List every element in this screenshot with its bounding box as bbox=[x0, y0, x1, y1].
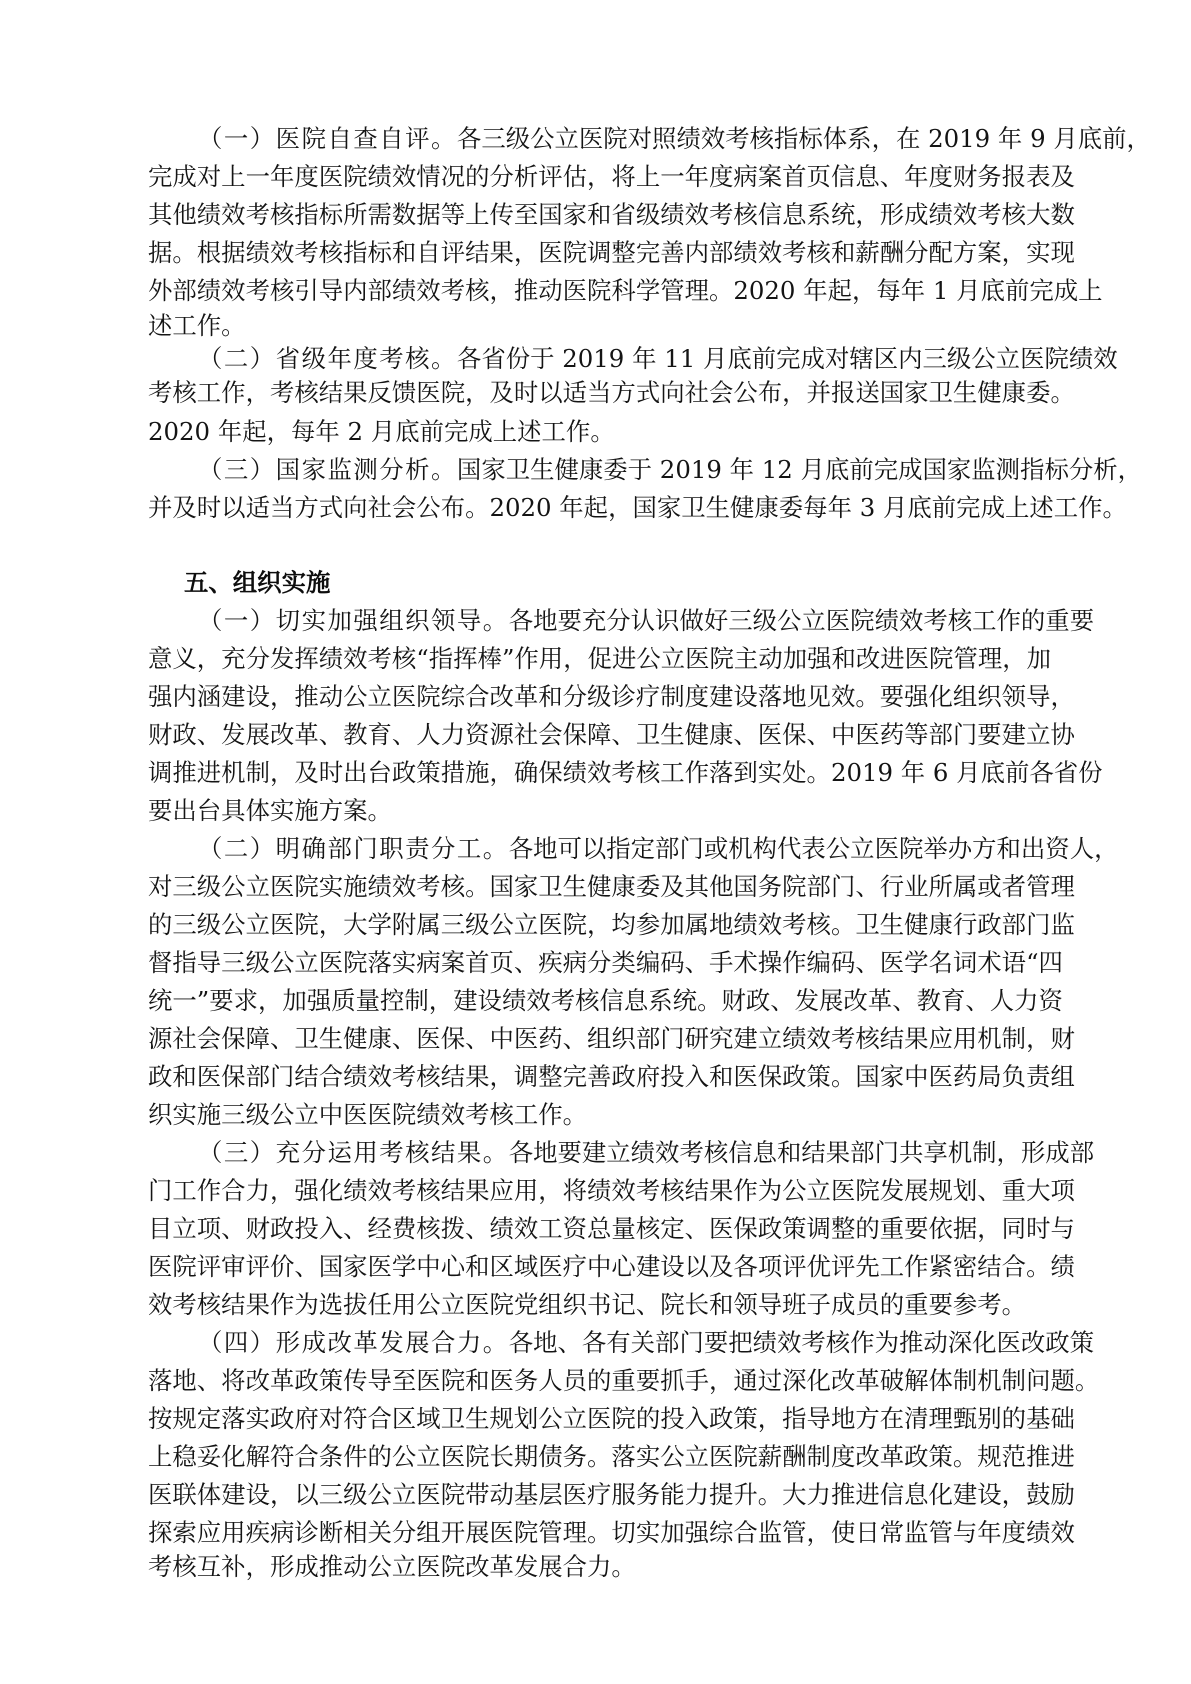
paragraph-lead: （四）形成改革发展合力。 bbox=[198, 1328, 509, 1357]
paragraph-line: 上稳妥化解符合条件的公立医院长期债务。落实公立医院薪酬制度改革政策。规范推进 bbox=[148, 1438, 1050, 1476]
paragraph-text: 各地、各有关部门要把绩效考核作为推动深化医改政策 bbox=[509, 1328, 1094, 1357]
paragraph-line: 2020 年起，每年 2 月底前完成上述工作。 bbox=[148, 413, 1050, 451]
paragraph-line: （一）切实加强组织领导。各地要充分认识做好三级公立医院绩效考核工作的重要 bbox=[198, 602, 1050, 640]
paragraph-line: 效考核结果作为选拔任用公立医院党组织书记、院长和领导班子成员的重要参考。 bbox=[148, 1286, 1050, 1324]
paragraph-line: 强内涵建设，推动公立医院综合改革和分级诊疗制度建设落地见效。要强化组织领导， bbox=[148, 678, 1050, 716]
paragraph-line: 的三级公立医院，大学附属三级公立医院，均参加属地绩效考核。卫生健康行政部门监 bbox=[148, 906, 1050, 944]
paragraph-line: 外部绩效考核引导内部绩效考核，推动医院科学管理。2020 年起，每年 1 月底前… bbox=[148, 272, 1050, 310]
paragraph-line: 医联体建设，以三级公立医院带动基层医疗服务能力提升。大力推进信息化建设，鼓励 bbox=[148, 1476, 1050, 1514]
paragraph-lead: （一）医院自查自评。 bbox=[198, 124, 457, 153]
paragraph-line: 意义，充分发挥绩效考核“指挥棒”作用，促进公立医院主动加强和改进医院管理，加 bbox=[148, 640, 1050, 678]
paragraph-line: （四）形成改革发展合力。各地、各有关部门要把绩效考核作为推动深化医改政策 bbox=[198, 1324, 1050, 1362]
paragraph-line: 织实施三级公立中医医院绩效考核工作。 bbox=[148, 1096, 1050, 1134]
paragraph-line: 财政、发展改革、教育、人力资源社会保障、卫生健康、医保、中医药等部门要建立协 bbox=[148, 716, 1050, 754]
paragraph-line: 探索应用疾病诊断相关分组开展医院管理。切实加强综合监管，使日常监管与年度绩效 bbox=[148, 1514, 1050, 1552]
section-heading: 五、组织实施 bbox=[184, 564, 330, 602]
paragraph-line: 调推进机制，及时出台政策措施，确保绩效考核工作落到实处。2019 年 6 月底前… bbox=[148, 754, 1050, 792]
paragraph-text: 国家卫生健康委于 2019 年 12 月底前完成国家监测指标分析， bbox=[457, 455, 1142, 484]
paragraph-line: 政和医保部门结合绩效考核结果，调整完善政府投入和医保政策。国家中医药局负责组 bbox=[148, 1058, 1050, 1096]
paragraph-text: 各地要建立绩效考核信息和结果部门共享机制，形成部 bbox=[509, 1138, 1094, 1167]
paragraph-line: （二）明确部门职责分工。各地可以指定部门或机构代表公立医院举办方和出资人， bbox=[198, 830, 1050, 868]
paragraph-lead: （三）国家监测分析。 bbox=[198, 455, 457, 484]
paragraph-line: （三）充分运用考核结果。各地要建立绩效考核信息和结果部门共享机制，形成部 bbox=[198, 1134, 1050, 1172]
paragraph-line: 并及时以适当方式向社会公布。2020 年起，国家卫生健康委每年 3 月底前完成上… bbox=[148, 489, 1050, 527]
paragraph-text: 各地要充分认识做好三级公立医院绩效考核工作的重要 bbox=[509, 606, 1094, 635]
paragraph-line: 统一”要求，加强质量控制，建设绩效考核信息系统。财政、发展改革、教育、人力资 bbox=[148, 982, 1050, 1020]
paragraph-line: 落地、将改革政策传导至医院和医务人员的重要抓手，通过深化改革破解体制机制问题。 bbox=[148, 1362, 1050, 1400]
paragraph-line: 据。根据绩效考核指标和自评结果，医院调整完善内部绩效考核和薪酬分配方案，实现 bbox=[148, 234, 1050, 272]
paragraph-line: 完成对上一年度医院绩效情况的分析评估，将上一年度病案首页信息、年度财务报表及 bbox=[148, 158, 1050, 196]
paragraph-text: 各地可以指定部门或机构代表公立医院举办方和出资人， bbox=[509, 834, 1119, 863]
paragraph-lead: （三）充分运用考核结果。 bbox=[198, 1138, 509, 1167]
paragraph-line: 按规定落实政府对符合区域卫生规划公立医院的投入政策，指导地方在清理甄别的基础 bbox=[148, 1400, 1050, 1438]
paragraph-line: 门工作合力，强化绩效考核结果应用，将绩效考核结果作为公立医院发展规划、重大项 bbox=[148, 1172, 1050, 1210]
paragraph-line: 其他绩效考核指标所需数据等上传至国家和省级绩效考核信息系统，形成绩效考核大数 bbox=[148, 196, 1050, 234]
paragraph-lead: （一）切实加强组织领导。 bbox=[198, 606, 509, 635]
paragraph-lead: （二）省级年度考核。 bbox=[198, 344, 457, 373]
paragraph-line: 要出台具体实施方案。 bbox=[148, 792, 1050, 830]
paragraph-line: 考核工作，考核结果反馈医院，及时以适当方式向社会公布，并报送国家卫生健康委。 bbox=[148, 374, 1050, 412]
paragraph-line: （一）医院自查自评。各三级公立医院对照绩效考核指标体系，在 2019 年 9 月… bbox=[198, 120, 1050, 158]
document-page: （一）医院自查自评。各三级公立医院对照绩效考核指标体系，在 2019 年 9 月… bbox=[0, 0, 1191, 1684]
paragraph-lead: （二）明确部门职责分工。 bbox=[198, 834, 509, 863]
paragraph-line: 考核互补，形成推动公立医院改革发展合力。 bbox=[148, 1548, 1050, 1586]
paragraph-line: 源社会保障、卫生健康、医保、中医药、组织部门研究建立绩效考核结果应用机制，财 bbox=[148, 1020, 1050, 1058]
paragraph-line: 对三级公立医院实施绩效考核。国家卫生健康委及其他国务院部门、行业所属或者管理 bbox=[148, 868, 1050, 906]
paragraph-line: （三）国家监测分析。国家卫生健康委于 2019 年 12 月底前完成国家监测指标… bbox=[198, 451, 1050, 489]
paragraph-line: （二）省级年度考核。各省份于 2019 年 11 月底前完成对辖区内三级公立医院… bbox=[198, 340, 1050, 378]
paragraph-line: 目立项、财政投入、经费核拨、绩效工资总量核定、医保政策调整的重要依据，同时与 bbox=[148, 1210, 1050, 1248]
paragraph-text: 各三级公立医院对照绩效考核指标体系，在 2019 年 9 月底前， bbox=[457, 124, 1151, 153]
paragraph-line: 医院评审评价、国家医学中心和区域医疗中心建设以及各项评优评先工作紧密结合。绩 bbox=[148, 1248, 1050, 1286]
paragraph-text: 各省份于 2019 年 11 月底前完成对辖区内三级公立医院绩效 bbox=[457, 344, 1118, 373]
paragraph-line: 督指导三级公立医院落实病案首页、疾病分类编码、手术操作编码、医学名词术语“四 bbox=[148, 944, 1050, 982]
